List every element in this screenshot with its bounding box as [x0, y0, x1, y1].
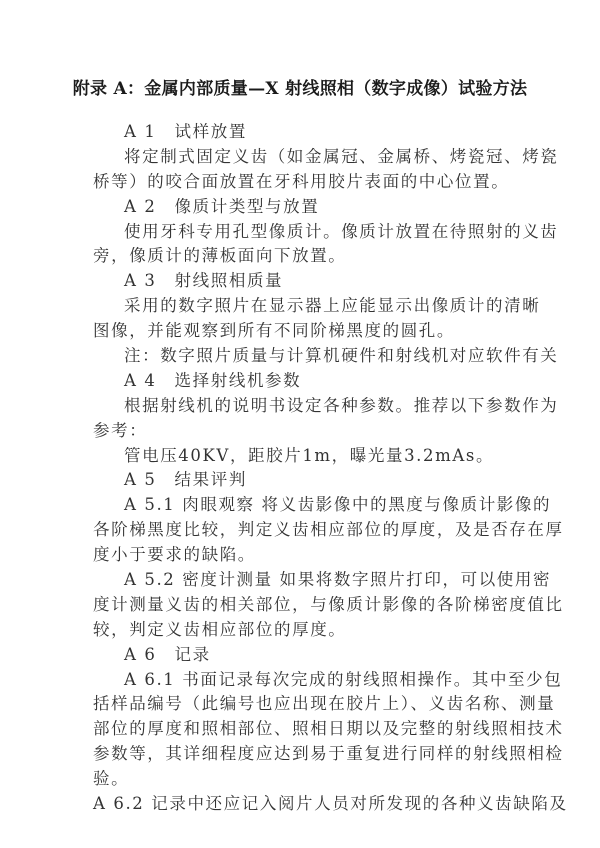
text-line: 度计测量义齿的相关部位，与像质计影像的各阶梯密度值比: [93, 593, 513, 618]
appendix-title: 附录 A：金属内部质量—X 射线照相（数字成像）试验方法: [0, 74, 600, 99]
text-line: 旁，像质计的薄板面向下放置。: [93, 244, 513, 269]
text-line: 管电压40KV，距胶片1m，曝光量3.2mAs。: [93, 444, 513, 469]
text-line: 桥等）的咬合面放置在牙科用胶片表面的中心位置。: [93, 170, 513, 195]
text-line: A 4 选择射线机参数: [93, 369, 513, 394]
text-line: 验。: [93, 767, 513, 792]
text-line: A 5.1 肉眼观察 将义齿影像中的黑度与像质计影像的: [93, 493, 513, 518]
text-line: A 1 试样放置: [93, 120, 513, 145]
text-line: 注：数字照片质量与计算机硬件和射线机对应软件有关: [93, 344, 513, 369]
text-line: 采用的数字照片在显示器上应能显示出像质计的清晰: [93, 294, 513, 319]
text-line: 部位的厚度和照相部位、照相日期以及完整的射线照相技术: [93, 717, 513, 742]
text-line: A 6.1 书面记录每次完成的射线照相操作。其中至少包: [93, 668, 513, 693]
text-line: 括样品编号（此编号也应出现在胶片上）、义齿名称、测量: [93, 692, 513, 717]
text-line: A 6 记录: [93, 643, 513, 668]
document-body: A 1 试样放置将定制式固定义齿（如金属冠、金属桥、烤瓷冠、烤瓷桥等）的咬合面放…: [93, 120, 513, 817]
text-line: 根据射线机的说明书设定各种参数。推荐以下参数作为: [93, 394, 513, 419]
text-line: 参数等，其详细程度应达到易于重复进行同样的射线照相检: [93, 742, 513, 767]
text-line: 各阶梯黑度比较，判定义齿相应部位的厚度，及是否存在厚: [93, 518, 513, 543]
text-line: 使用牙科专用孔型像质计。像质计放置在待照射的义齿: [93, 220, 513, 245]
text-line: A 5 结果评判: [93, 468, 513, 493]
text-line: A 6.2 记录中还应记入阅片人员对所发现的各种义齿缺陷及: [93, 792, 513, 817]
text-line: A 5.2 密度计测量 如果将数字照片打印，可以使用密: [93, 568, 513, 593]
text-line: A 2 像质计类型与放置: [93, 195, 513, 220]
text-line: 参考：: [93, 419, 513, 444]
document-page: 附录 A：金属内部质量—X 射线照相（数字成像）试验方法 A 1 试样放置将定制…: [0, 0, 600, 848]
text-line: 将定制式固定义齿（如金属冠、金属桥、烤瓷冠、烤瓷: [93, 145, 513, 170]
text-line: 度小于要求的缺陷。: [93, 543, 513, 568]
text-line: 较，判定义齿相应部位的厚度。: [93, 618, 513, 643]
text-line: 图像，并能观察到所有不同阶梯黑度的圆孔。: [93, 319, 513, 344]
text-line: A 3 射线照相质量: [93, 269, 513, 294]
